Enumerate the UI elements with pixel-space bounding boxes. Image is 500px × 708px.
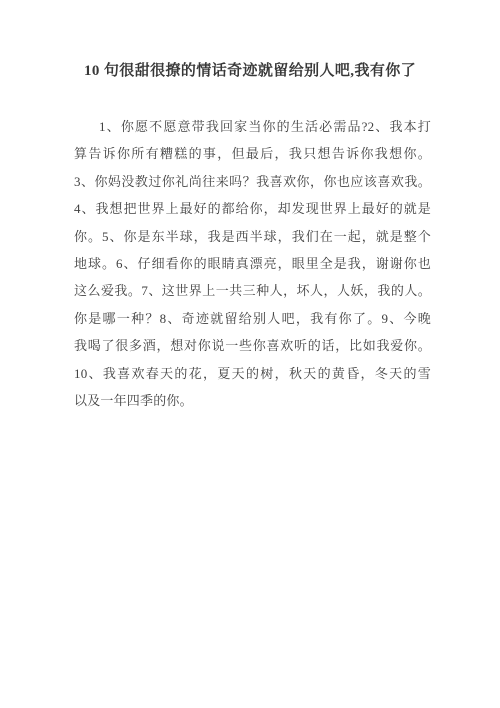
text-line: 4、我想把世界上最好的都给你，却发现世界上最好的就是 <box>74 195 431 222</box>
document-title: 10 句很甜很撩的情话奇迹就留给别人吧,我有你了 <box>0 62 500 80</box>
document-page: 10 句很甜很撩的情话奇迹就留给别人吧,我有你了 1、你愿不愿意带我回家当你的生… <box>0 0 500 708</box>
text-line: 1、你愿不愿意带我回家当你的生活必需品?2、我本打 <box>74 113 431 140</box>
text-line: 地球。6、仔细看你的眼睛真漂亮，眼里全是我，谢谢你也 <box>74 250 431 277</box>
text-line: 我喝了很多酒，想对你说一些你喜欢听的话，比如我爱你。 <box>74 332 431 359</box>
text-line: 你。5、你是东半球，我是西半球，我们在一起，就是整个 <box>74 223 431 250</box>
document-body: 1、你愿不愿意带我回家当你的生活必需品?2、我本打 算告诉你所有糟糕的事，但最后… <box>74 113 431 414</box>
text-line: 这么爱我。7、这世界上一共三种人，坏人，人妖，我的人。 <box>74 277 431 304</box>
text-line: 你是哪一种？8、奇迹就留给别人吧，我有你了。9、今晚 <box>74 305 431 332</box>
text-line: 算告诉你所有糟糕的事，但最后，我只想告诉你我想你。 <box>74 140 431 167</box>
text-line: 3、你妈没教过你礼尚往来吗？我喜欢你，你也应该喜欢我。 <box>74 168 431 195</box>
text-line: 10、我喜欢春天的花，夏天的树，秋天的黄昏，冬天的雪 <box>74 360 431 387</box>
text-line: 以及一年四季的你。 <box>74 387 431 414</box>
